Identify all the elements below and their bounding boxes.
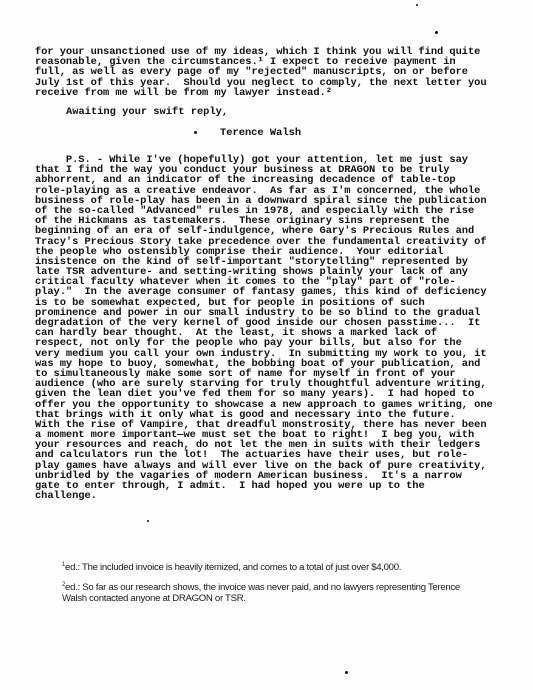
footnote-text: ed.: The included invoice is heavily ite…	[65, 562, 401, 573]
letter-closing: Awaiting your swift reply,	[66, 106, 228, 118]
scan-speck	[194, 131, 197, 134]
text-line: given the lean diet you've fed them for …	[35, 389, 505, 399]
footnote-text: ed.: So far as our research shows, the i…	[62, 582, 460, 604]
text-line: gate to enter through, I admit. I had ho…	[35, 481, 505, 491]
letter-postscript: P.S. - While I've (hopefully) got your a…	[35, 155, 505, 501]
text-line: challenge.	[35, 491, 505, 501]
scan-speck	[416, 4, 418, 6]
scan-speck	[345, 671, 348, 674]
letter-opening: for your unsanctioned use of my ideas, w…	[35, 47, 505, 98]
text-line: beginning of an era of self-indulgence, …	[35, 226, 505, 236]
footnote-1: 1ed.: The included invoice is heavily it…	[62, 562, 482, 573]
text-line: receive from me will be from my lawyer i…	[35, 88, 505, 98]
letter-signature: Terence Walsh	[220, 127, 301, 139]
footnote-2: 2ed.: So far as our research shows, the …	[62, 582, 482, 604]
document-page: for your unsanctioned use of my ideas, w…	[0, 0, 533, 690]
scan-speck	[147, 520, 149, 522]
scan-speck	[435, 31, 438, 34]
